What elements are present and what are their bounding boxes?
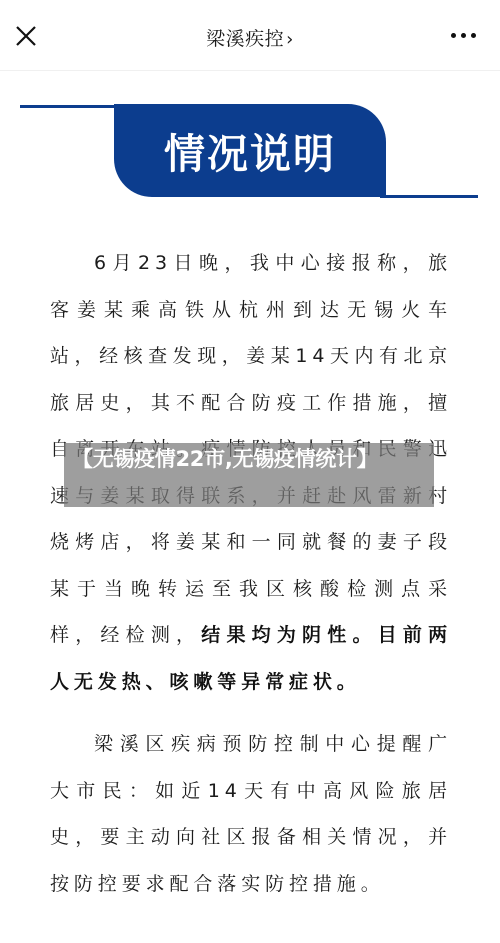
header-decor-line-top [20,105,120,108]
account-name-link[interactable]: 梁溪疾控› [0,24,500,51]
overlay-title-banner: 【无锡疫情22市,无锡疫情统计】 [64,443,434,507]
more-dots-icon [451,33,456,38]
more-options-button[interactable] [451,33,476,38]
article-body: 6月23日晚，我中心接报称，旅客姜某乘高铁从杭州到达无锡火车站，经核查发现，姜某… [50,240,452,907]
overlay-banner-text: 【无锡疫情22市,无锡疫情统计】 [72,443,428,474]
navigation-bar: 梁溪疾控› [0,0,500,71]
header-title-box: 情况说明 [114,104,386,197]
section-header-graphic: 情况说明 [0,80,500,220]
section-title: 情况说明 [164,121,336,180]
account-name: 梁溪疾控 [206,28,284,50]
paragraph-reminder: 梁溪区疾病预防控制中心提醒广大市民：如近14天有中高风险旅居史，要主动向社区报备… [50,721,452,907]
chevron-right-icon: › [286,29,294,50]
header-decor-line-bottom [380,195,478,198]
